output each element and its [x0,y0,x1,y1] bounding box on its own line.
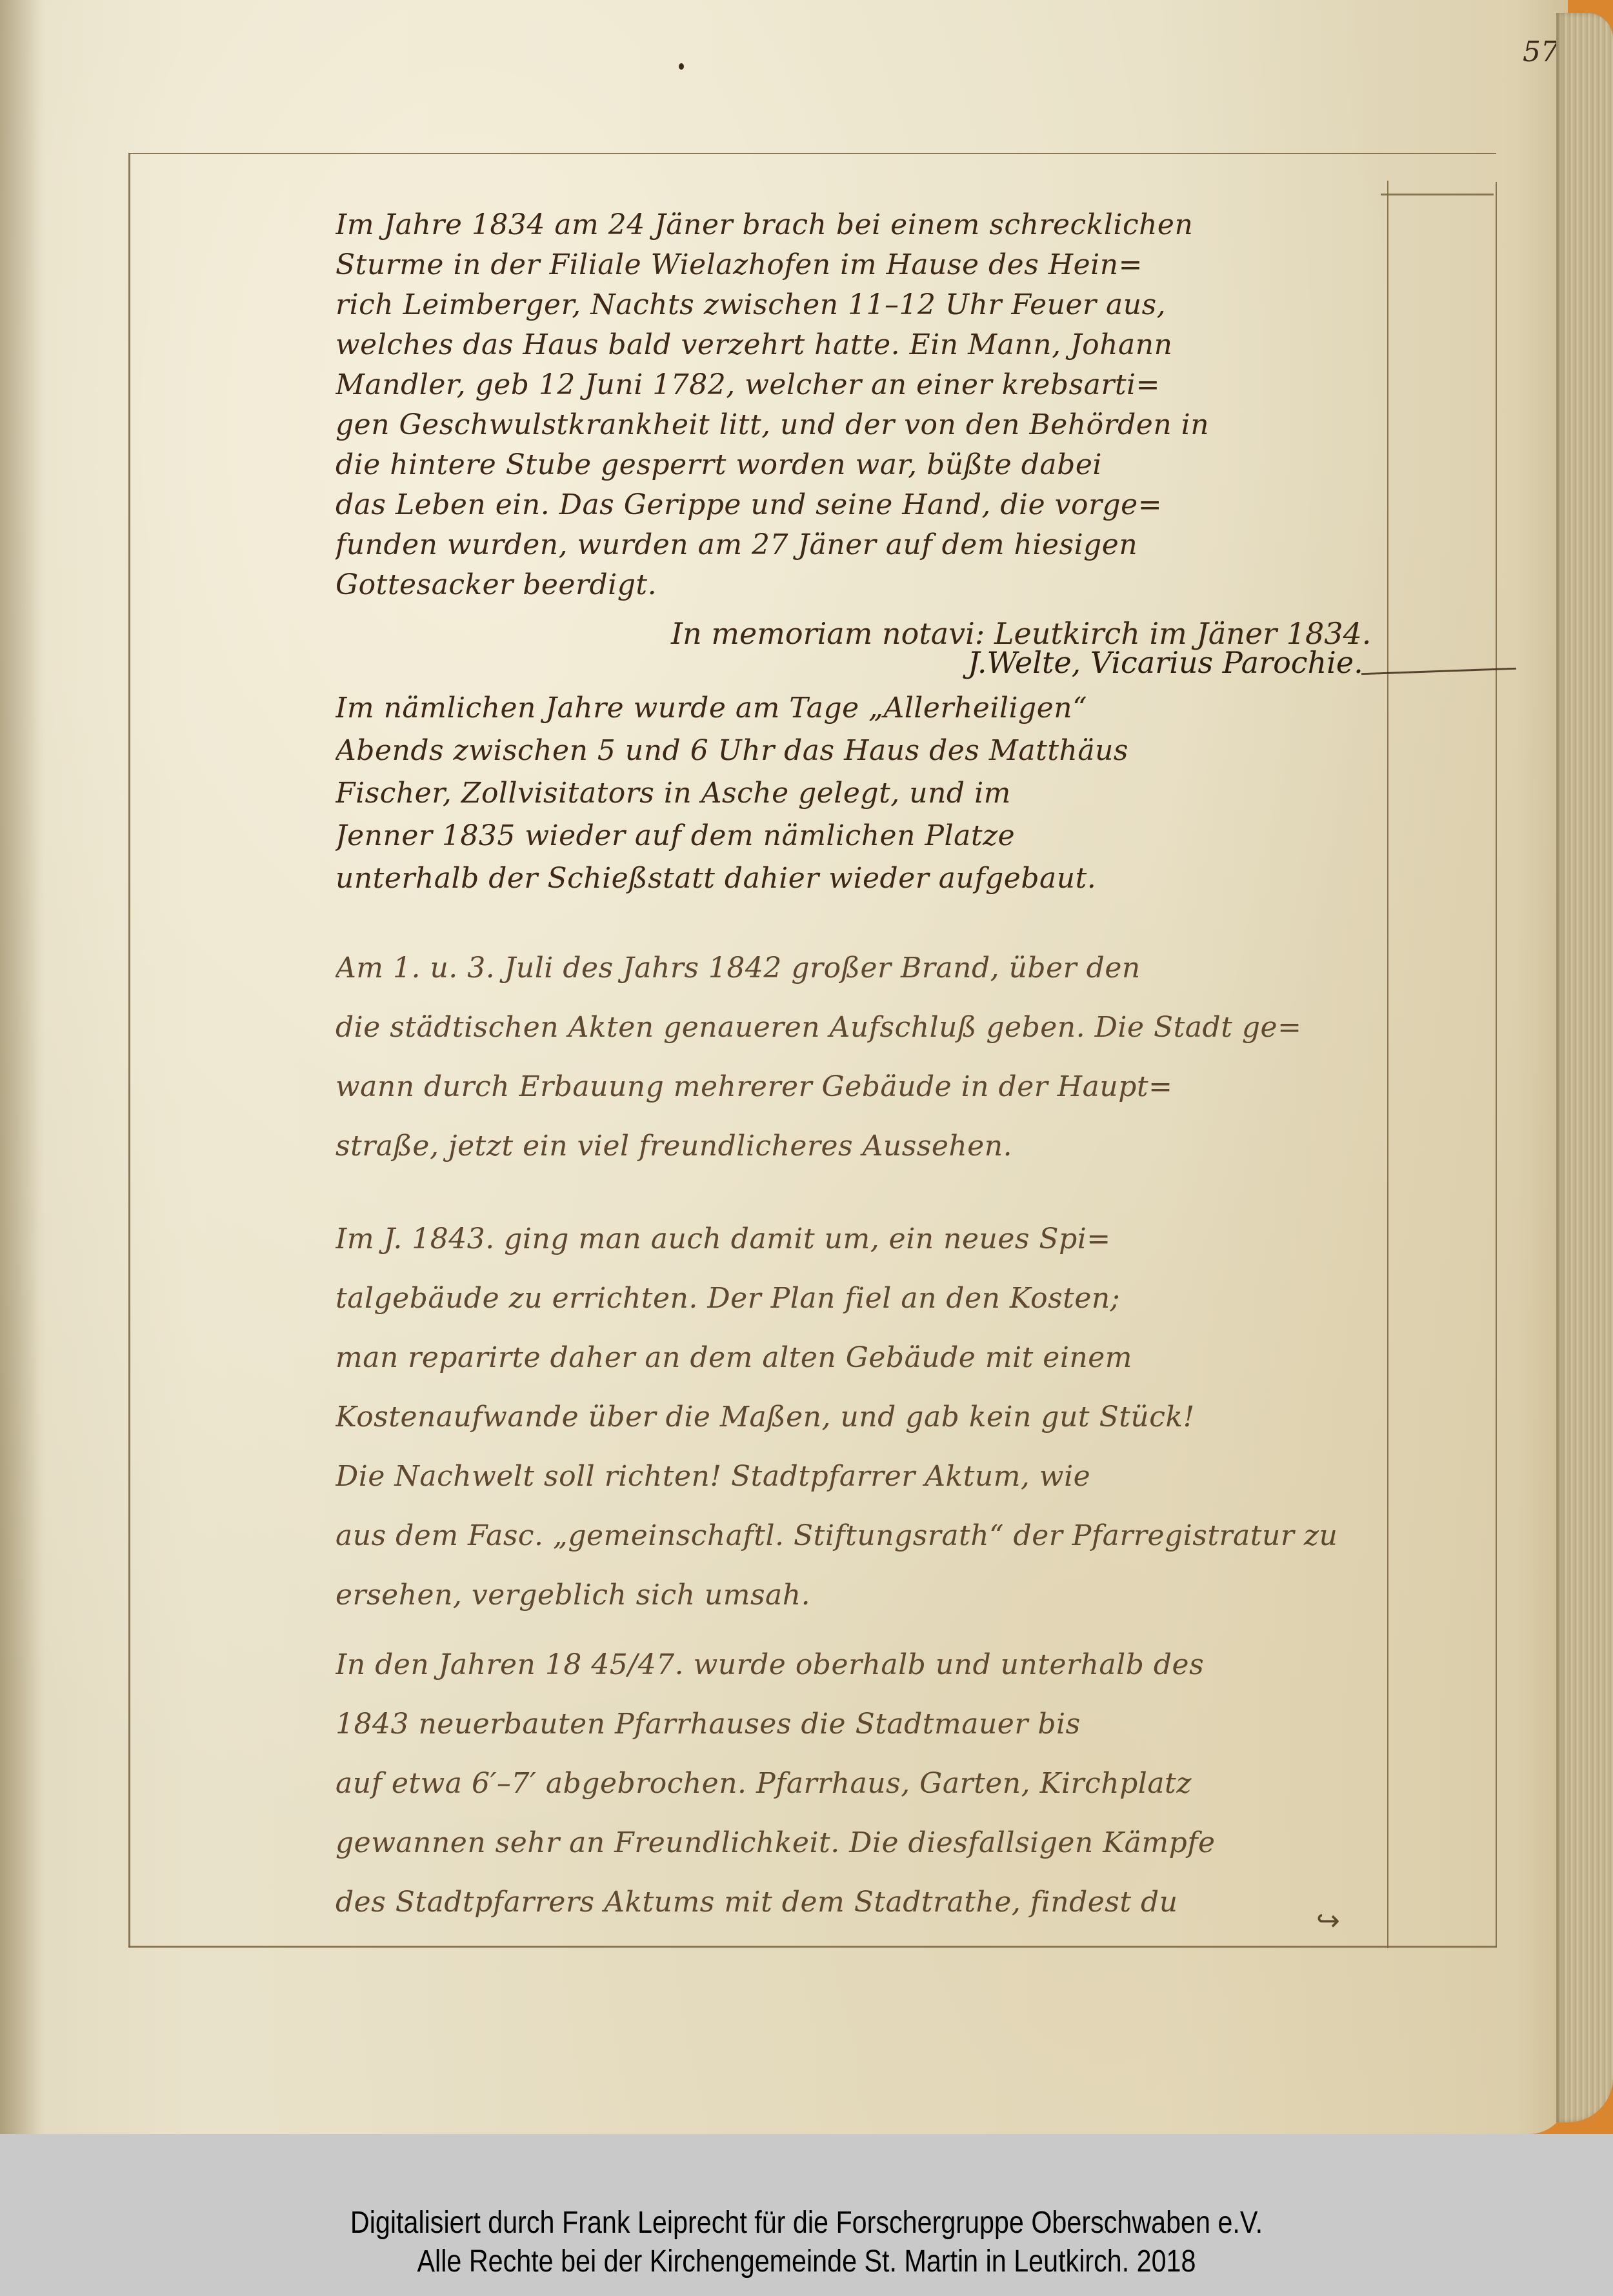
gutter-shadow [0,0,45,2134]
text-line: In den Jahren 18 45/47. wurde oberhalb u… [336,1635,1394,1695]
text-line: talgebäude zu errichten. Der Plan fiel a… [336,1269,1394,1328]
text-line: des Stadtpfarrers Aktums mit dem Stadtra… [336,1873,1394,1932]
frame-right-rule [1496,182,1497,1947]
margin-header-rule [1381,194,1494,195]
text-line: man reparirte daher an dem alten Gebäude… [336,1328,1394,1388]
text-line: straße, jetzt ein viel freundlicheres Au… [336,1117,1394,1176]
text-line: Sturme in der Filiale Wielazhofen im Hau… [336,245,1394,285]
entry-spital-1843: Im J. 1843. ging man auch damit um, ein … [336,1210,1394,1625]
text-line: Abends zwischen 5 und 6 Uhr das Haus des… [336,730,1394,772]
text-line: Die Nachwelt soll richten! Stadtpfarrer … [336,1447,1394,1506]
text-line: ersehen, vergeblich sich umsah. [336,1566,1394,1625]
page-number: 57 [1523,35,1559,68]
digitization-caption: Digitalisiert durch Frank Leiprecht für … [0,2134,1613,2296]
text-line: Im J. 1843. ging man auch damit um, ein … [336,1210,1394,1269]
text-line: welches das Haus bald verzehrt hatte. Ei… [336,325,1394,365]
text-line: Im nämlichen Jahre wurde am Tage „Allerh… [336,687,1394,730]
text-line: gewannen sehr an Freundlichkeit. Die die… [336,1813,1394,1873]
ink-spot [679,63,684,70]
text-line: wann durch Erbauung mehrerer Gebäude in … [336,1057,1394,1117]
text-line: Jenner 1835 wieder auf dem nämlichen Pla… [336,815,1394,857]
caption-line-rights: Alle Rechte bei der Kirchengemeinde St. … [113,2242,1500,2281]
text-line: Mandler, geb 12 Juni 1782, welcher an ei… [336,365,1394,405]
signature-underline [1361,668,1516,675]
text-line: Gottesacker beerdigt. [336,565,1394,605]
text-line: rich Leimberger, Nachts zwischen 11–12 U… [336,285,1394,325]
text-line: 1843 neuerbauten Pfarrhauses die Stadtma… [336,1695,1394,1754]
text-line: Am 1. u. 3. Juli des Jahrs 1842 großer B… [336,939,1394,998]
frame-top-rule [128,153,1496,154]
text-line: die hintere Stube gesperrt worden war, b… [336,445,1394,485]
manuscript-page: 57 Im Jahre 1834 am 24 Jäner brach bei e… [0,0,1568,2134]
continuation-arrow-icon: ↪ [1316,1904,1340,1937]
text-line: unterhalb der Schießstatt dahier wieder … [336,857,1394,900]
scanned-book-page: 57 Im Jahre 1834 am 24 Jäner brach bei e… [0,0,1613,2134]
caption-line-digitized-by: Digitalisiert durch Frank Leiprecht für … [113,2204,1500,2242]
text-line: Im Jahre 1834 am 24 Jäner brach bei eine… [336,205,1394,245]
entry-stadtmauer-1845-47: In den Jahren 18 45/47. wurde oberhalb u… [336,1635,1394,1932]
text-line: auf etwa 6′–7′ abgebrochen. Pfarrhaus, G… [336,1754,1394,1813]
text-line: Kostenaufwande über die Maßen, und gab k… [336,1388,1394,1447]
signature: J.Welte, Vicarius Parochie. [968,645,1363,680]
text-line: Fischer, Zollvisitators in Asche gelegt,… [336,772,1394,815]
entry-fire-1834: Im Jahre 1834 am 24 Jäner brach bei eine… [336,205,1394,605]
book-page-edges [1556,13,1613,2122]
text-line: die städtischen Akten genaueren Aufschlu… [336,998,1394,1057]
text-line: funden wurden, wurden am 27 Jäner auf de… [336,525,1394,565]
entry-allerheiligen-1834: Im nämlichen Jahre wurde am Tage „Allerh… [336,687,1394,900]
text-line: das Leben ein. Das Gerippe und seine Han… [336,485,1394,525]
frame-left-rule [128,153,130,1948]
text-line: aus dem Fasc. „gemeinschaftl. Stiftungsr… [336,1506,1394,1566]
frame-bottom-rule [128,1946,1497,1948]
entry-brand-1842: Am 1. u. 3. Juli des Jahrs 1842 großer B… [336,939,1394,1176]
text-line: gen Geschwulstkrankheit litt, und der vo… [336,405,1394,445]
